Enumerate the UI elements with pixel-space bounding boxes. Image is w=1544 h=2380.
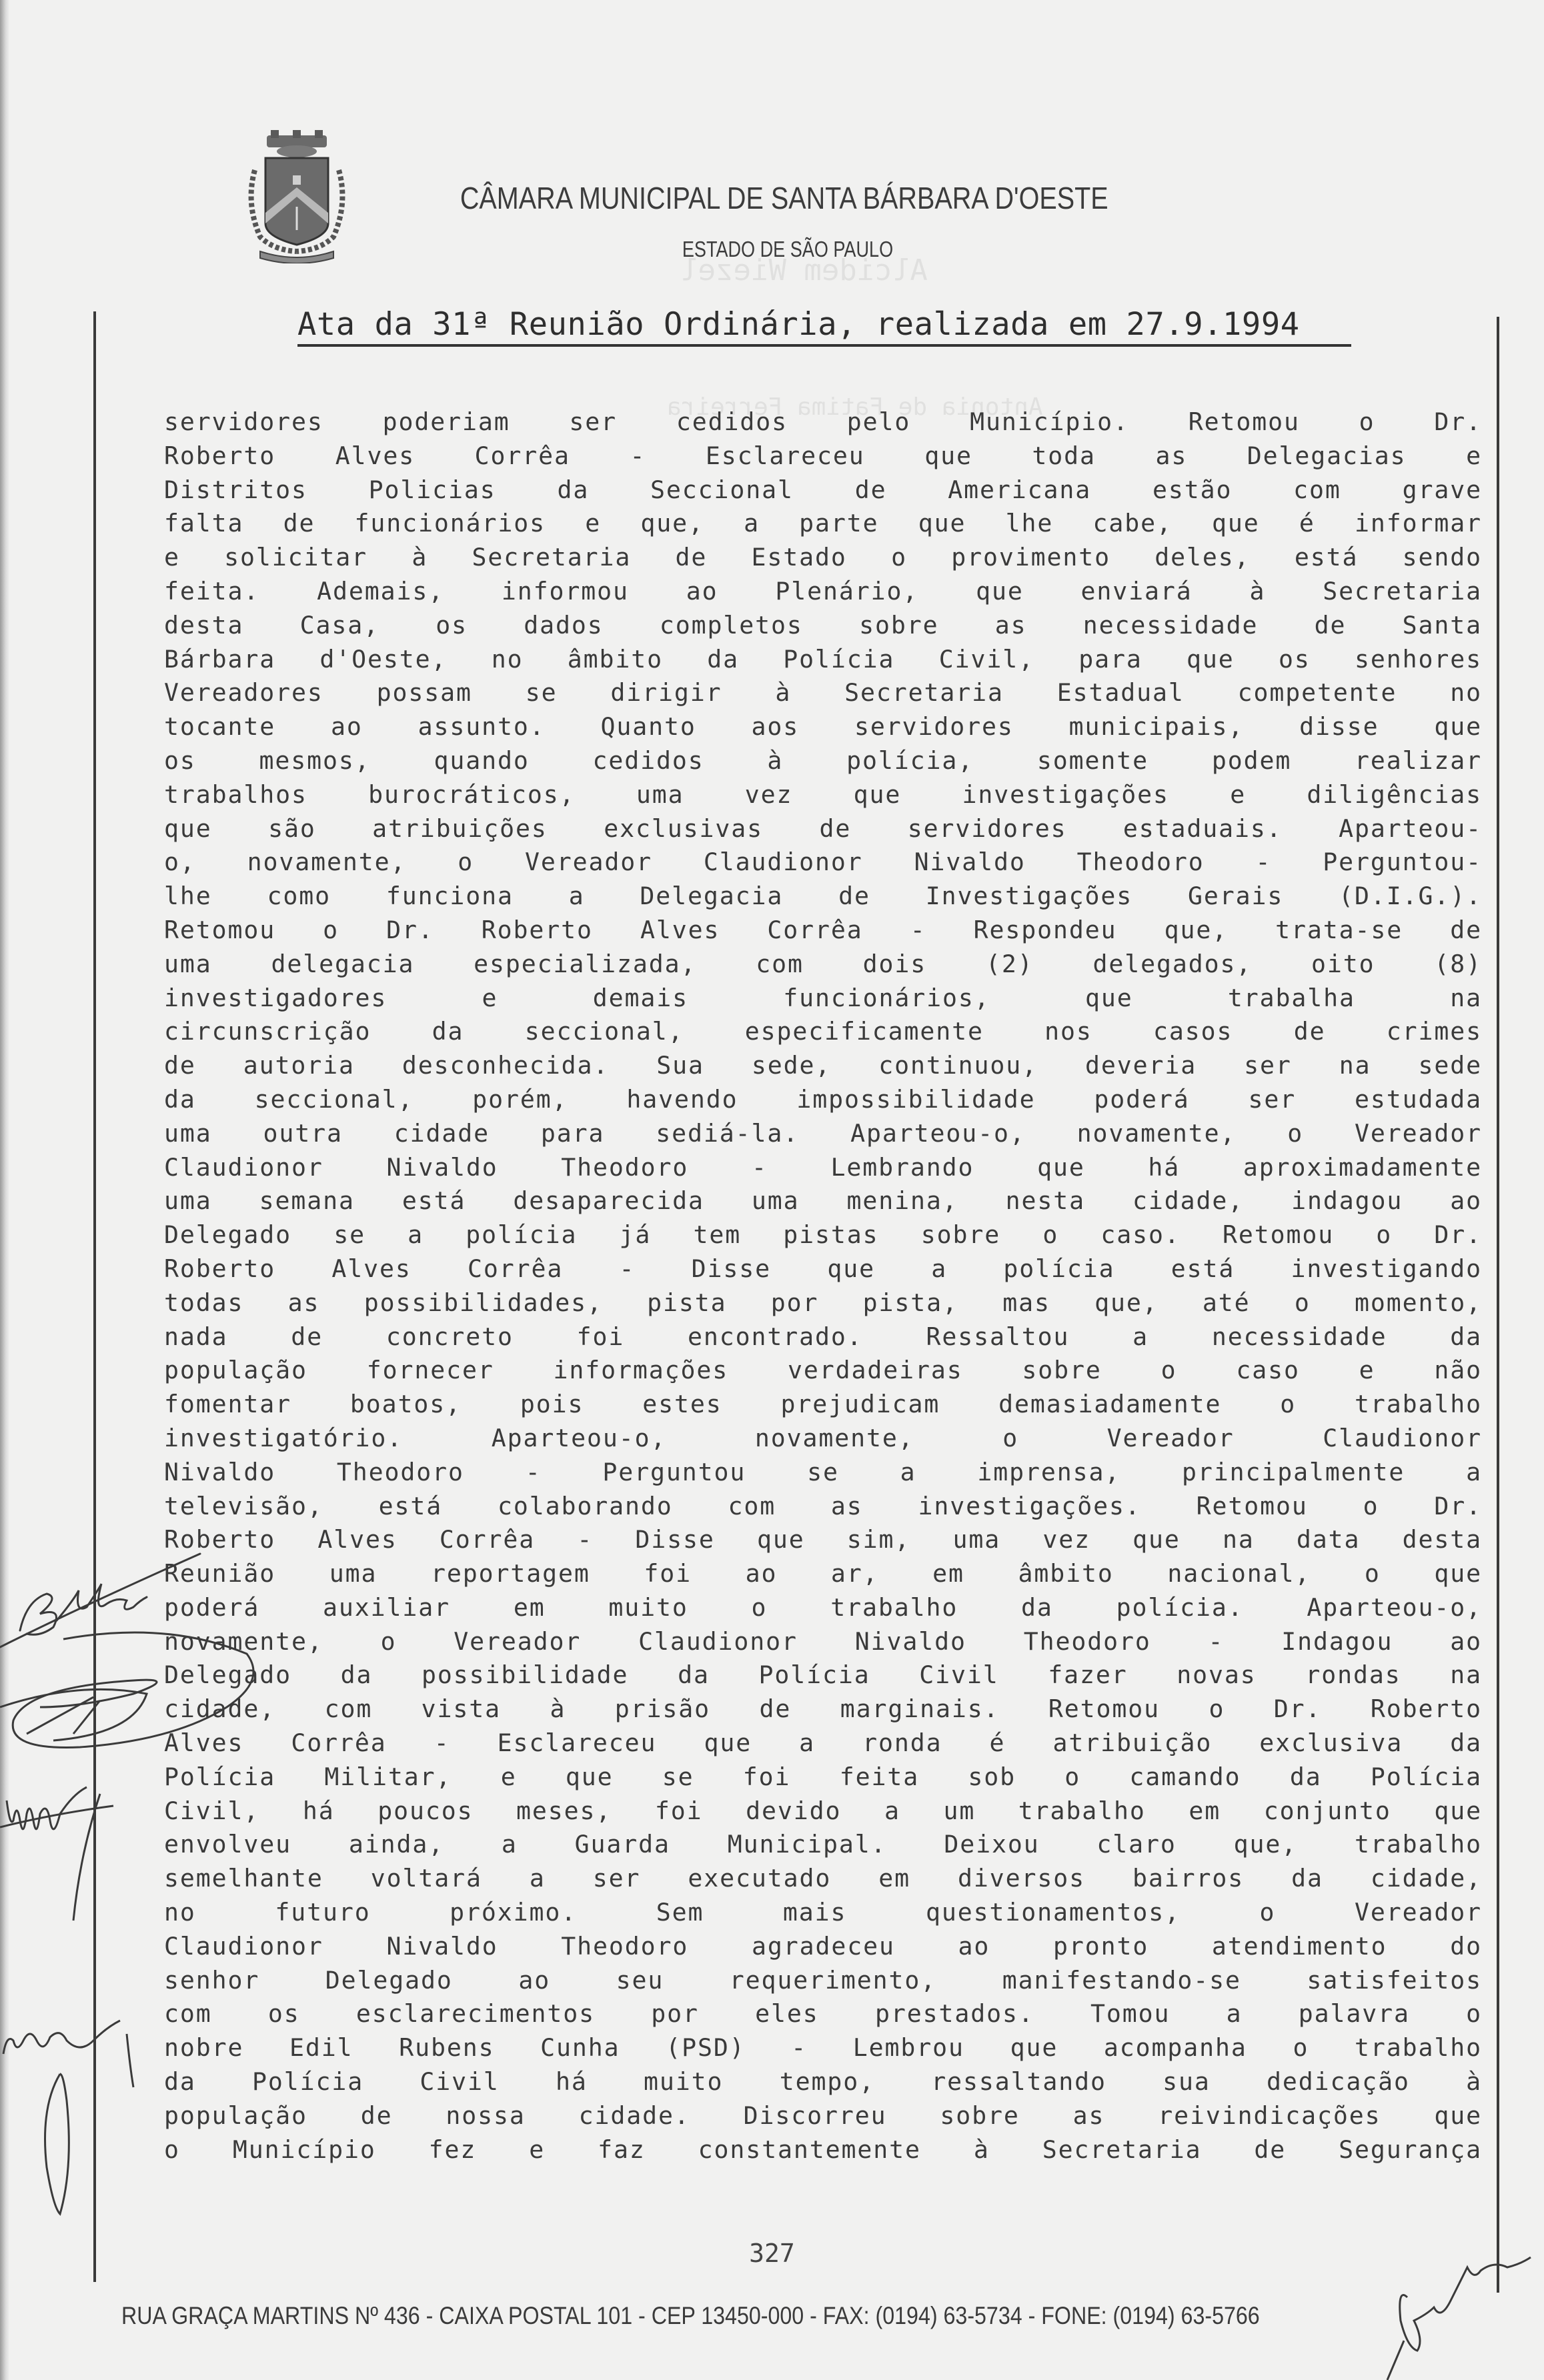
minutes-line: tocante ao assunto. Quanto aos servidore… [164,710,1482,744]
minutes-line: da Polícia Civil há muito tempo, ressalt… [164,2065,1482,2099]
organization-name: CÂMARA MUNICIPAL DE SANTA BÁRBARA D'OEST… [120,180,1448,216]
minutes-line: Vereadores possam se dirigir à Secretari… [164,676,1482,710]
minutes-line: lhe como funciona a Delegacia de Investi… [164,880,1482,914]
signature-scribble-2-icon [3,2021,133,2214]
minutes-line: de autoria desconhecida. Sua sede, conti… [164,1049,1482,1083]
state-name: ESTADO DE SÃO PAULO [155,237,1421,262]
minutes-line: cidade, com vista à prisão de marginais.… [164,1692,1482,1726]
minutes-line: nada de concreto foi encontrado. Ressalt… [164,1320,1482,1354]
minutes-line: investigadores e demais funcionários, qu… [164,982,1482,1016]
minutes-line: o Município fez e faz constantemente à S… [164,2133,1482,2167]
minutes-line: Alves Corrêa - Esclareceu que a ronda é … [164,1726,1482,1760]
minutes-line: investigatório. Aparteou-o, novamente, o… [164,1422,1482,1456]
minutes-line: falta de funcionários e que, a parte que… [164,507,1482,541]
footer-address: RUA GRAÇA MARTINS Nº 436 - CAIXA POSTAL … [121,2302,1334,2330]
minutes-line: todas as possibilidades, pista por pista… [164,1286,1482,1320]
minutes-line: Claudionor Nivaldo Theodoro agradeceu ao… [164,1930,1482,1964]
signature-initials-bottom-right-icon [1387,2257,1531,2380]
minutes-line: Roberto Alves Corrêa - Esclareceu que to… [164,439,1482,473]
minutes-line: Nivaldo Theodoro - Perguntou se a impren… [164,1456,1482,1490]
minutes-title: Ata da 31ª Reunião Ordinária, realizada … [297,305,1351,347]
minutes-body: servidores poderiam ser cedidos pelo Mun… [164,405,1482,2167]
minutes-line: envolveu ainda, a Guarda Municipal. Deix… [164,1828,1482,1862]
minutes-line: Roberto Alves Corrêa - Disse que sim, um… [164,1523,1482,1557]
minutes-line: uma delegacia especializada, com dois (2… [164,948,1482,982]
page-number: 327 [0,2239,1544,2268]
minutes-line: Claudionor Nivaldo Theodoro - Lembrando … [164,1151,1482,1185]
minutes-line: que são atribuições exclusivas de servid… [164,812,1482,846]
minutes-line: Bárbara d'Oeste, no âmbito da Polícia Ci… [164,643,1482,677]
minutes-line: poderá auxiliar em muito o trabalho da p… [164,1591,1482,1625]
minutes-line: população de nossa cidade. Discorreu sob… [164,2099,1482,2133]
right-margin-rule [1497,317,1499,2293]
minutes-line: novamente, o Vereador Claudionor Nivaldo… [164,1625,1482,1659]
minutes-line: Distritos Policias da Seccional de Ameri… [164,473,1482,507]
minutes-line: servidores poderiam ser cedidos pelo Mun… [164,405,1482,439]
minutes-line: feita. Ademais, informou ao Plenário, qu… [164,575,1482,609]
minutes-line: no futuro próximo. Sem mais questionamen… [164,1896,1482,1930]
minutes-line: Civil, há poucos meses, foi devido a um … [164,1795,1482,1829]
scan-shadow-edge [0,0,9,2380]
minutes-line: e solicitar à Secretaria de Estado o pro… [164,541,1482,575]
left-margin-rule [93,311,96,2282]
minutes-line: Delegado se a polícia já tem pistas sobr… [164,1218,1482,1252]
minutes-line: televisão, está colaborando com as inves… [164,1490,1482,1524]
minutes-line: com os esclarecimentos por eles prestado… [164,1997,1482,2031]
minutes-line: da seccional, porém, havendo impossibili… [164,1083,1482,1117]
minutes-line: trabalhos burocráticos, uma vez que inve… [164,778,1482,812]
minutes-line: Polícia Militar, e que se foi feita sob … [164,1760,1482,1795]
minutes-line: fomentar boatos, pois estes prejudicam d… [164,1388,1482,1422]
minutes-line: Roberto Alves Corrêa - Disse que a políc… [164,1252,1482,1286]
minutes-line: semelhante voltará a ser executado em di… [164,1862,1482,1896]
minutes-line: o, novamente, o Vereador Claudionor Niva… [164,846,1482,880]
minutes-line: senhor Delegado ao seu requerimento, man… [164,1964,1482,1998]
minutes-line: uma outra cidade para sediá-la. Aparteou… [164,1117,1482,1151]
minutes-line: nobre Edil Rubens Cunha (PSD) - Lembrou … [164,2031,1482,2065]
minutes-line: uma semana está desaparecida uma menina,… [164,1184,1482,1218]
minutes-line: desta Casa, os dados completos sobre as … [164,609,1482,643]
minutes-line: Retomou o Dr. Roberto Alves Corrêa - Res… [164,914,1482,948]
minutes-line: os mesmos, quando cedidos à polícia, som… [164,744,1482,778]
minutes-line: população fornecer informações verdadeir… [164,1354,1482,1388]
minutes-line: Delegado da possibilidade da Polícia Civ… [164,1658,1482,1692]
minutes-line: Reunião uma reportagem foi ao ar, em âmb… [164,1557,1482,1591]
minutes-line: circunscrição da seccional, especificame… [164,1015,1482,1049]
signature-scribble-icon [0,1787,113,1921]
